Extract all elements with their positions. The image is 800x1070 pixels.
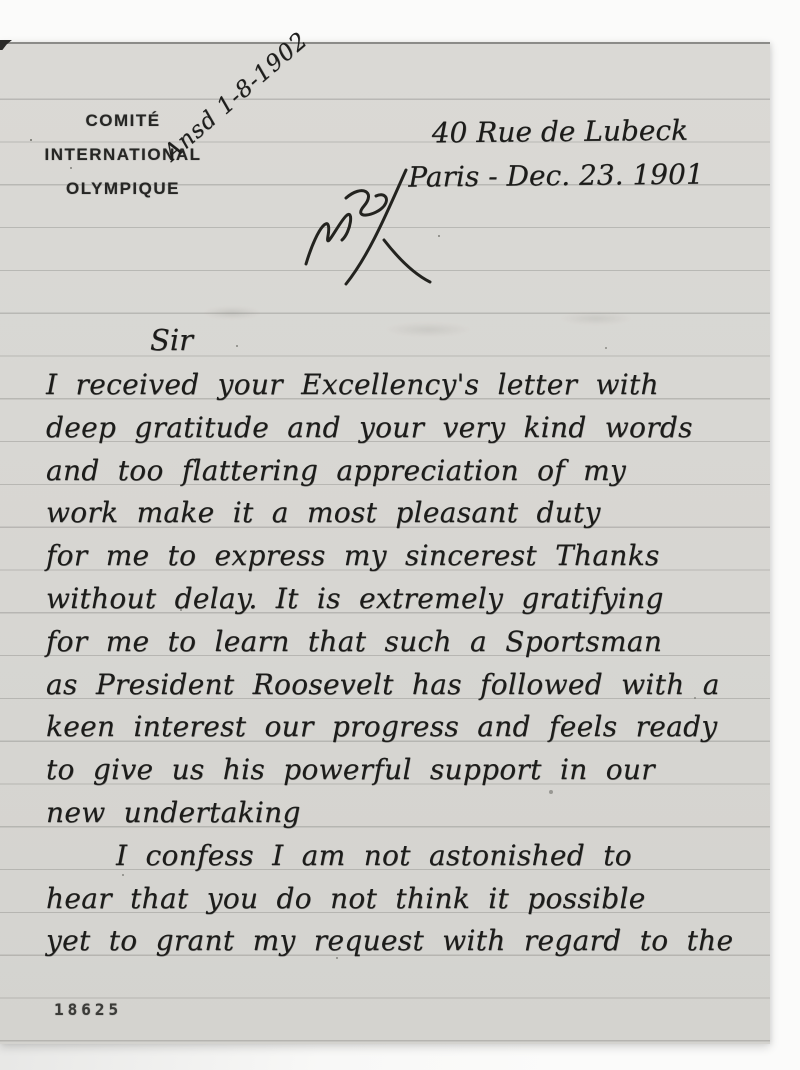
letterhead-line-3: OLYMPIQUE [40,172,206,206]
salutation: Sir [150,323,193,357]
letter-line: for me to learn that such a Sportsman [46,621,752,664]
letter-body: I received your Excellency's letter with… [46,364,752,963]
letter-line: I received your Excellency's letter with [46,364,752,407]
ink-bleed-through [120,296,680,352]
letter-line: without delay. It is extremely gratifyin… [46,578,752,621]
letter-line: I confess I am not astonished to [46,835,752,878]
dateline: Paris - Dec. 23. 1901 [408,153,704,200]
letter-line: work make it a most pleasant duty [46,492,752,535]
letter-line: new undertaking [46,792,752,835]
document-number-stamp: 18625 [54,1000,122,1019]
letter-line: yet to grant my request with regard to t… [46,920,752,963]
letter-line: and too flattering appreciation of my [46,450,752,493]
address-block: 40 Rue de Lubeck Paris - Dec. 23. 1901 [432,109,704,200]
address-line: 40 Rue de Lubeck [432,109,704,156]
scanned-letter-view: { "letterhead": { "line1": "COMITÉ", "li… [0,0,800,1070]
paper-speckles [30,139,32,141]
letter-line: for me to express my sincerest Thanks [46,535,752,578]
letter-line: as President Roosevelt has followed with… [46,664,752,707]
letter-line: to give us his powerful support in our [46,749,752,792]
letter-line: hear that you do not think it possible [46,878,752,921]
letter-line: keen interest our progress and feels rea… [46,706,752,749]
letter-line: deep gratitude and your very kind words [46,407,752,450]
